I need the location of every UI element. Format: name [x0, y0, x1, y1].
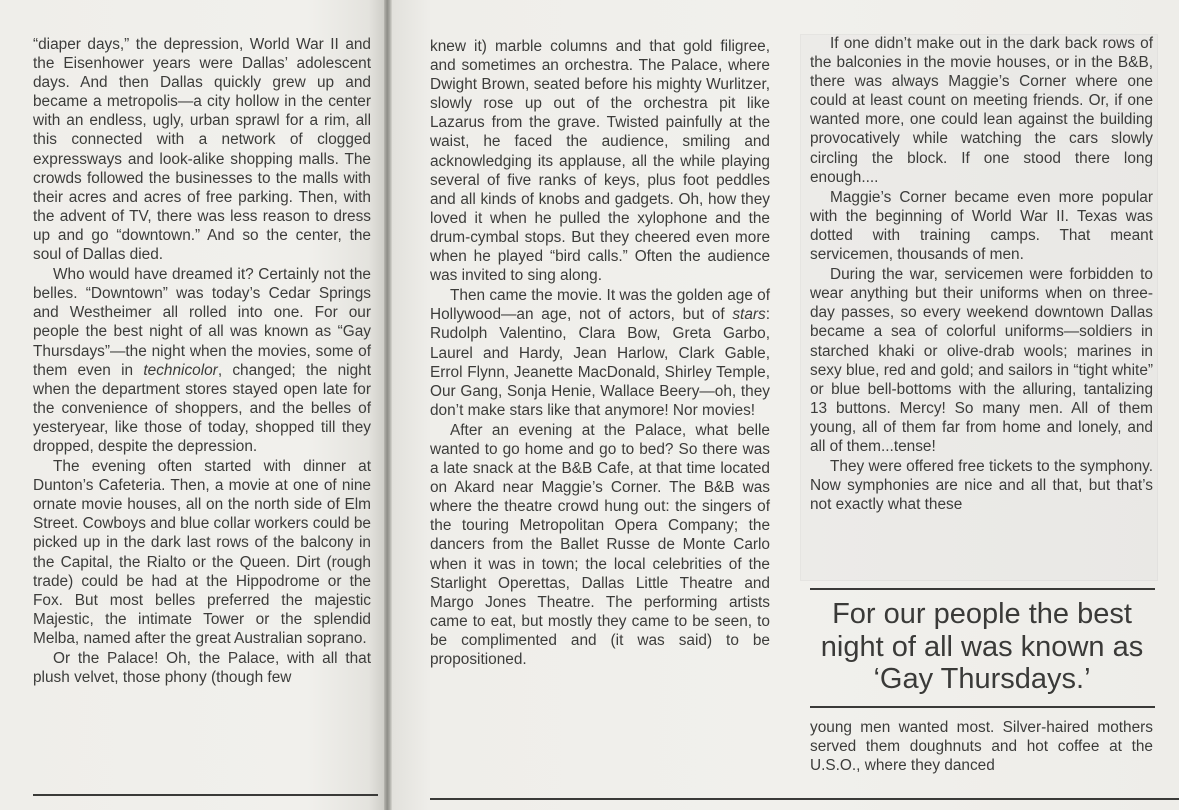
left-page-column: “diaper days,” the depression, World War… — [33, 35, 371, 687]
paragraph: “diaper days,” the depression, World War… — [33, 35, 371, 264]
column-rule — [33, 794, 378, 796]
right-column-continuation: young men wanted most. Silver-haired mot… — [810, 718, 1153, 775]
column-rule — [430, 798, 1179, 800]
paragraph: The evening often started with dinner at… — [33, 457, 371, 648]
pull-quote: For our people the best night of all was… — [806, 598, 1158, 696]
right-column: If one didn’t make out in the dark back … — [810, 34, 1153, 514]
paragraph-text: Then came the movie. It was the golden a… — [430, 287, 770, 323]
italic-text: stars — [732, 306, 765, 323]
paragraph: Then came the movie. It was the golden a… — [430, 286, 770, 420]
paragraph: young men wanted most. Silver-haired mot… — [810, 718, 1153, 775]
paragraph: They were offered free tickets to the sy… — [810, 457, 1153, 514]
middle-column: knew it) marble columns and that gold fi… — [430, 37, 770, 669]
paragraph: If one didn’t make out in the dark back … — [810, 34, 1153, 187]
pull-quote-bottom-rule — [810, 706, 1155, 708]
paragraph: Who would have dreamed it? Certainly not… — [33, 265, 371, 456]
paragraph: During the war, servicemen were forbidde… — [810, 265, 1153, 456]
magazine-spread: “diaper days,” the depression, World War… — [0, 0, 1179, 810]
page-gutter — [384, 0, 392, 810]
pull-quote-top-rule — [810, 588, 1155, 590]
paragraph: Or the Palace! Oh, the Palace, with all … — [33, 649, 371, 687]
italic-text: technicolor — [143, 362, 217, 379]
paragraph: Maggie’s Corner became even more popular… — [810, 188, 1153, 264]
paragraph: knew it) marble columns and that gold fi… — [430, 37, 770, 285]
paragraph: After an evening at the Palace, what bel… — [430, 421, 770, 669]
